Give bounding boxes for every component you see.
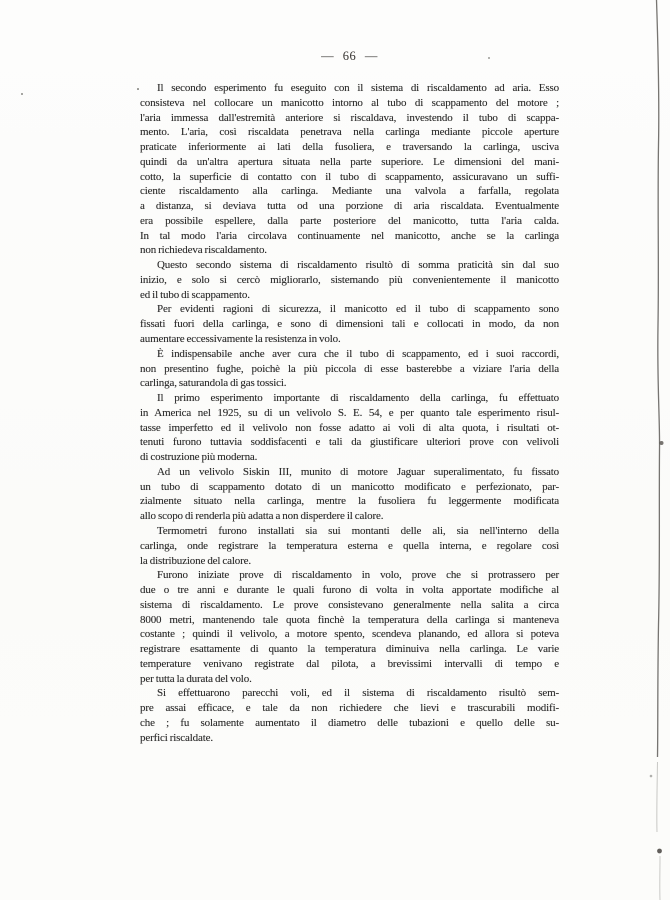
paragraph: Furono iniziate prove di riscaldamento i… bbox=[140, 568, 559, 686]
text-line: temperature venivano registrate dal pilo… bbox=[140, 657, 559, 672]
text-line: carlinga, onde registrare la temperatura… bbox=[140, 539, 559, 554]
text-line: due o tre anni e durante le quali furono… bbox=[140, 583, 559, 598]
paragraph: Il primo esperimento importante di risca… bbox=[140, 391, 559, 465]
text-line: praticate inferiormente ai lati della fu… bbox=[140, 140, 559, 155]
scan-speck bbox=[488, 57, 490, 59]
paragraph: Termometri furono installati sia sui mon… bbox=[140, 524, 559, 568]
paragraph: Si effettuarono parecchi voli, ed il sis… bbox=[140, 686, 559, 745]
text-line: zialmente situato nella carlinga, mentre… bbox=[140, 494, 559, 509]
text-line: ed il tubo di scappamento. bbox=[140, 288, 559, 303]
text-line: È indispensabile anche aver cura che il … bbox=[140, 347, 559, 362]
text-line: che ; fu solamente aumentato il diametro… bbox=[140, 716, 559, 731]
text-line: mento. L'aria, così riscaldata penetrava… bbox=[140, 125, 559, 140]
text-line: la distribuzione del calore. bbox=[140, 554, 559, 569]
text-line: in America nel 1925, su di un velivolo S… bbox=[140, 406, 559, 421]
text-line: l'aria immessa dall'estremità anteriore … bbox=[140, 111, 559, 126]
text-line: 8000 metri, mantenendo tale quota finchè… bbox=[140, 613, 559, 628]
text-line: Ad un velivolo Siskin III, munito di mot… bbox=[140, 465, 559, 480]
scanned-book-page: — 66 — Il secondo esperimento fu eseguit… bbox=[0, 0, 670, 900]
text-line: Furono iniziate prove di riscaldamento i… bbox=[140, 568, 559, 583]
text-line: inizio, e solo si cercò migliorarlo, sis… bbox=[140, 273, 559, 288]
text-line: Il secondo esperimento fu eseguito con i… bbox=[140, 81, 559, 96]
text-line: Termometri furono installati sia sui mon… bbox=[140, 524, 559, 539]
text-line: Per evidenti ragioni di sicurezza, il ma… bbox=[140, 302, 559, 317]
paragraph: Per evidenti ragioni di sicurezza, il ma… bbox=[140, 302, 559, 346]
text-line: quindi da un'altra apertura situata nell… bbox=[140, 155, 559, 170]
paragraph: Il secondo esperimento fu eseguito con i… bbox=[140, 81, 559, 258]
text-line: Si effettuarono parecchi voli, ed il sis… bbox=[140, 686, 559, 701]
text-line: un tubo di scappamento dotato di un mani… bbox=[140, 480, 559, 495]
text-line: Il primo esperimento importante di risca… bbox=[140, 391, 559, 406]
text-line: tenuti furono tuttavia soddisfacenti e t… bbox=[140, 435, 559, 450]
text-line: perfici riscaldate. bbox=[140, 731, 559, 746]
text-line: registrare esattamente di quanto la temp… bbox=[140, 642, 559, 657]
text-line: fissati fuori della carlinga, e sono di … bbox=[140, 317, 559, 332]
text-line: consisteva nel collocare un manicotto in… bbox=[140, 96, 559, 111]
text-line: non richiedeva riscaldamento. bbox=[140, 243, 559, 258]
text-line: carlinga, saturandola di gas tossici. bbox=[140, 376, 559, 391]
text-block: Il secondo esperimento fu eseguito con i… bbox=[140, 81, 559, 745]
paragraph: Ad un velivolo Siskin III, munito di mot… bbox=[140, 465, 559, 524]
page-number-header: — 66 — bbox=[140, 49, 559, 64]
text-line: a distanza, si deviava tutta od una porz… bbox=[140, 199, 559, 214]
text-line: era possibile espellere, dalla parte pos… bbox=[140, 214, 559, 229]
scan-speck bbox=[137, 88, 139, 90]
text-line: tasse imperfetto ed il velivolo non foss… bbox=[140, 421, 559, 436]
text-line: cotto, la superficie di contatto con il … bbox=[140, 170, 559, 185]
text-line: costante ; quindi il velivolo, a motore … bbox=[140, 627, 559, 642]
text-line: per tutta la durata del volo. bbox=[140, 672, 559, 687]
text-line: di costruzione più moderna. bbox=[140, 450, 559, 465]
text-line: ciente riscaldamento alla carlinga. Medi… bbox=[140, 184, 559, 199]
text-line: allo scopo di renderla più adatta a non … bbox=[140, 509, 559, 524]
scan-speck bbox=[21, 93, 23, 95]
text-line: pre assai efficace, e tale da non richie… bbox=[140, 701, 559, 716]
text-line: sistema di riscaldamento. Le prove consi… bbox=[140, 598, 559, 613]
paragraph: Questo secondo sistema di riscaldamento … bbox=[140, 258, 559, 302]
text-line: non presentino fughe, poichè la più picc… bbox=[140, 362, 559, 377]
text-line: Questo secondo sistema di riscaldamento … bbox=[140, 258, 559, 273]
text-line: In tal modo l'aria circolava continuamen… bbox=[140, 229, 559, 244]
text-line: aumentare eccessivamente la resistenza i… bbox=[140, 332, 559, 347]
paragraph: È indispensabile anche aver cura che il … bbox=[140, 347, 559, 391]
